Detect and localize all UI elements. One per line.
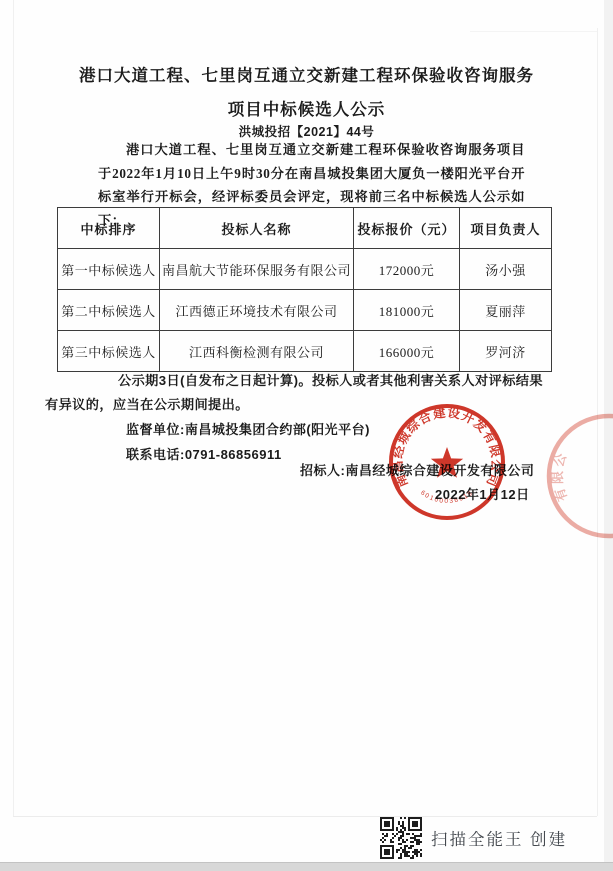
cell-rank: 第一中标候选人 xyxy=(58,249,160,290)
scanned-document-page: 港口大道工程、七里岗互通立交新建工程环保验收咨询服务 项目中标候选人公示 洪城投… xyxy=(0,0,613,871)
company-seal: 南昌经城综合建设开发有限公司 3601000366185 xyxy=(377,392,517,532)
cell-rank: 第三中标候选人 xyxy=(58,331,160,372)
cell-manager: 罗河济 xyxy=(460,331,552,372)
partial-seal: 有限公 xyxy=(546,411,613,541)
table-header-row: 中标排序 投标人名称 投标报价（元） 项目负责人 xyxy=(58,208,552,249)
table-header-bidder: 投标人名称 xyxy=(160,208,354,249)
document-title-line1: 港口大道工程、七里岗互通立交新建工程环保验收咨询服务 xyxy=(0,62,613,86)
cell-bidder: 江西德正环境技术有限公司 xyxy=(160,290,354,331)
cell-price: 166000元 xyxy=(354,331,460,372)
cell-rank: 第二中标候选人 xyxy=(58,290,160,331)
contact-phone-line: 联系电话:0791-86856911 xyxy=(126,444,282,463)
cell-bidder: 江西科衡检测有限公司 xyxy=(160,331,354,372)
table-row: 第一中标候选人 南昌航大节能环保服务有限公司 172000元 汤小强 xyxy=(58,249,552,290)
seal-star-icon xyxy=(431,447,463,478)
cell-manager: 汤小强 xyxy=(460,249,552,290)
seal-company-text: 南昌经城综合建设开发有限公司 xyxy=(390,405,503,490)
cell-bidder: 南昌航大节能环保服务有限公司 xyxy=(160,249,354,290)
table-header-manager: 项目负责人 xyxy=(460,208,552,249)
table-row: 第三中标候选人 江西科衡检测有限公司 166000元 罗河济 xyxy=(58,331,552,372)
qr-code xyxy=(380,817,422,859)
table-header-price: 投标报价（元） xyxy=(354,208,460,249)
document-title-line2: 项目中标候选人公示 xyxy=(0,96,613,120)
cell-price: 181000元 xyxy=(354,290,460,331)
table-header-rank: 中标排序 xyxy=(58,208,160,249)
page-edge-top xyxy=(470,31,597,32)
cell-price: 172000元 xyxy=(354,249,460,290)
supervisor-line: 监督单位:南昌城投集团合约部(阳光平台) xyxy=(126,419,370,438)
bid-candidates-table: 中标排序 投标人名称 投标报价（元） 项目负责人 第一中标候选人 南昌航大节能环… xyxy=(57,207,552,372)
cell-manager: 夏丽萍 xyxy=(460,290,552,331)
scanner-watermark-row: 扫描全能王 创建 xyxy=(380,816,567,860)
bottom-gray-band xyxy=(0,862,613,871)
table-row: 第二中标候选人 江西德正环境技术有限公司 181000元 夏丽萍 xyxy=(58,290,552,331)
watermark-text: 扫描全能王 创建 xyxy=(431,826,567,850)
